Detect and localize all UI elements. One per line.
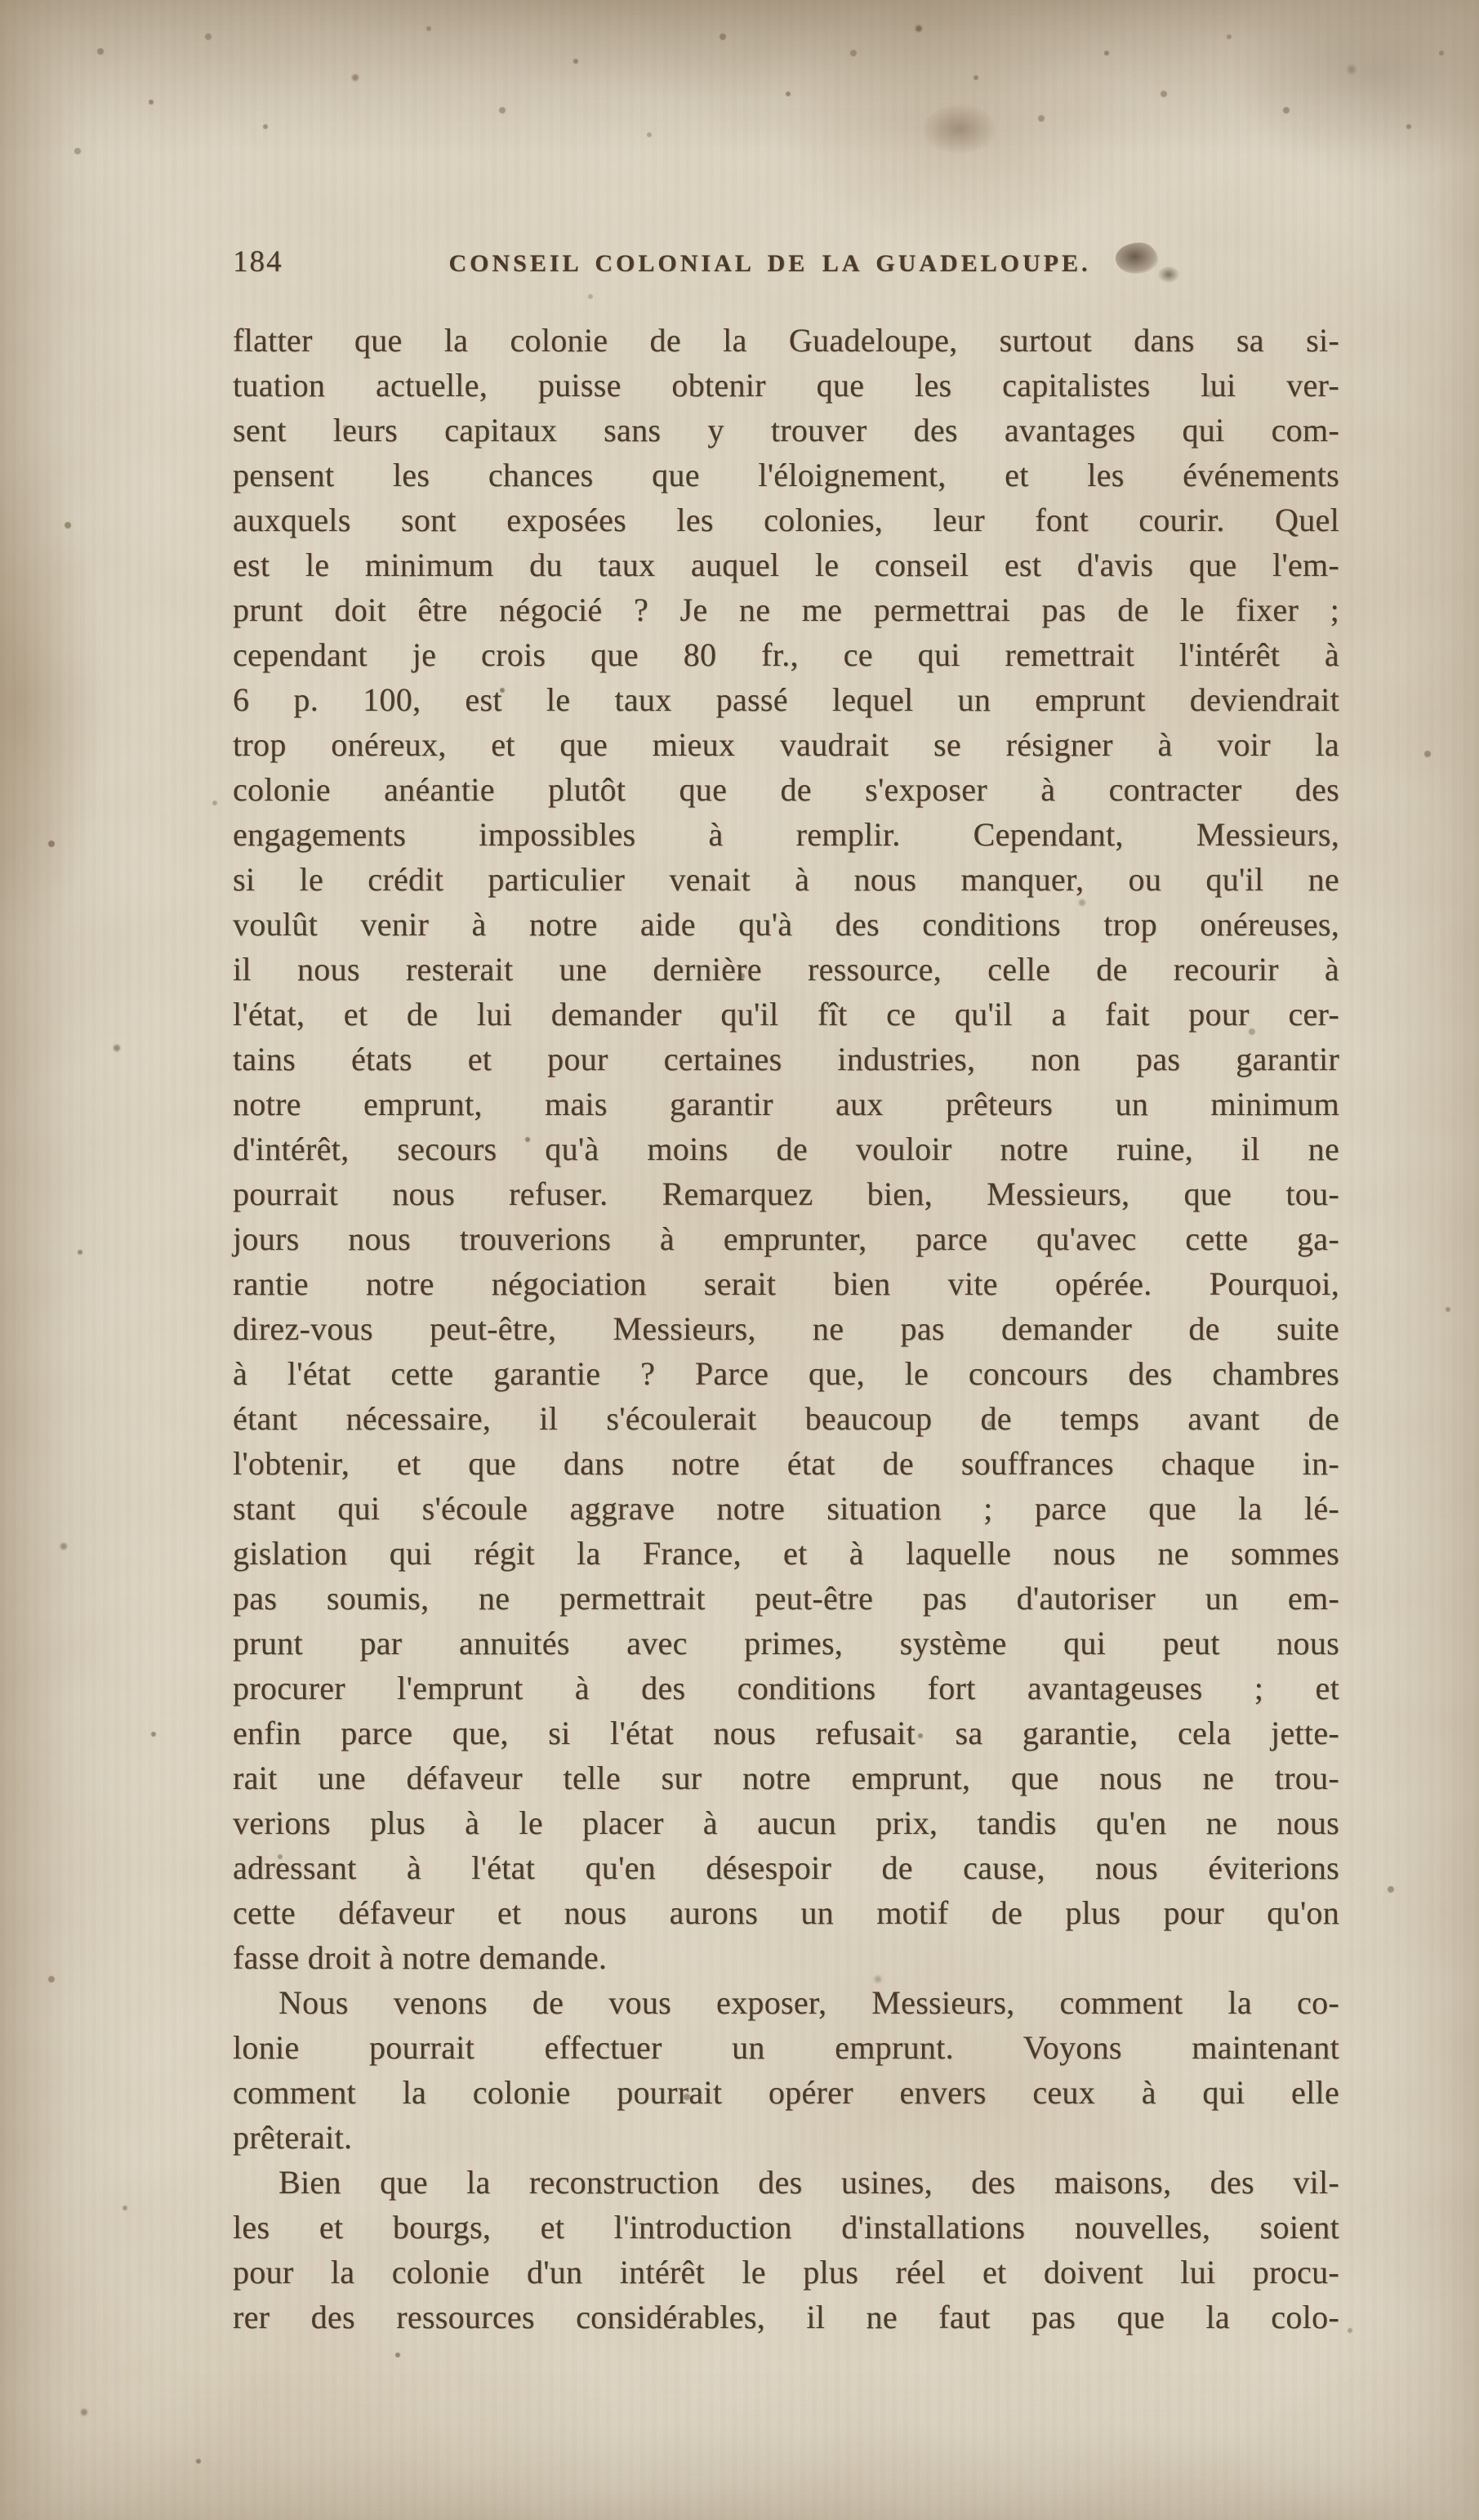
page-header: 184 CONSEIL COLONIAL DE LA GUADELOUPE.	[233, 242, 1339, 279]
text-line: 6 p. 100, est le taux passé lequel un em…	[233, 677, 1339, 722]
text-line: fasse droit à notre demande.	[233, 1935, 1339, 1980]
text-line: auxquels sont exposées les colonies, leu…	[233, 497, 1339, 542]
text-line: notre emprunt, mais garantir aux prêteur…	[233, 1082, 1339, 1126]
text-line: voulût venir à notre aide qu'à des condi…	[233, 902, 1339, 947]
text-line: rer des ressources considérables, il ne …	[233, 2295, 1339, 2339]
text-line: stant qui s'écoule aggrave notre situati…	[233, 1486, 1339, 1531]
text-line: Nous venons de vous exposer, Messieurs, …	[233, 1980, 1339, 2025]
text-line: cependant je crois que 80 fr., ce qui re…	[233, 632, 1339, 677]
text-line: pensent les chances que l'éloignement, e…	[233, 453, 1339, 497]
text-line: procurer l'emprunt à des conditions fort…	[233, 1666, 1339, 1710]
text-line: à l'état cette garantie ? Parce que, le …	[233, 1351, 1339, 1396]
text-line: gislation qui régit la France, et à laqu…	[233, 1531, 1339, 1576]
text-line: tains états et pour certaines industries…	[233, 1037, 1339, 1082]
text-line: tuation actuelle, puisse obtenir que les…	[233, 363, 1339, 408]
body-text: flatter que la colonie de la Guadeloupe,…	[233, 318, 1339, 2339]
paper-stain	[923, 105, 996, 154]
text-line: rait une défaveur telle sur notre emprun…	[233, 1755, 1339, 1800]
text-line: Bien que la reconstruction des usines, d…	[233, 2160, 1339, 2205]
paper-speckles	[0, 0, 5, 5]
text-line: adressant à l'état qu'en désespoir de ca…	[233, 1845, 1339, 1890]
text-line: engagements impossibles à remplir. Cepen…	[233, 812, 1339, 857]
text-line: étant nécessaire, il s'écoulerait beauco…	[233, 1396, 1339, 1441]
text-line: prêterait.	[233, 2115, 1339, 2160]
text-line: pour la colonie d'un intérêt le plus rée…	[233, 2250, 1339, 2295]
text-line: colonie anéantie plutôt que de s'exposer…	[233, 767, 1339, 812]
text-line: l'obtenir, et que dans notre état de sou…	[233, 1441, 1339, 1486]
text-line: rantie notre négociation serait bien vit…	[233, 1261, 1339, 1306]
text-line: pas soumis, ne permettrait peut-être pas…	[233, 1576, 1339, 1621]
text-line: lonie pourrait effectuer un emprunt. Voy…	[233, 2025, 1339, 2070]
text-line: trop onéreux, et que mieux vaudrait se r…	[233, 722, 1339, 767]
text-line: sent leurs capitaux sans y trouver des a…	[233, 408, 1339, 453]
text-line: jours nous trouverions à emprunter, parc…	[233, 1216, 1339, 1261]
text-line: enfin parce que, si l'état nous refusait…	[233, 1710, 1339, 1755]
text-line: flatter que la colonie de la Guadeloupe,…	[233, 318, 1339, 363]
text-line: prunt par annuités avec primes, système …	[233, 1621, 1339, 1666]
text-line: est le minimum du taux auquel le conseil…	[233, 542, 1339, 587]
page-scan: 184 CONSEIL COLONIAL DE LA GUADELOUPE. f…	[0, 0, 1479, 2520]
text-line: cette défaveur et nous aurons un motif d…	[233, 1890, 1339, 1935]
text-line: verions plus à le placer à aucun prix, t…	[233, 1800, 1339, 1845]
running-title: CONSEIL COLONIAL DE LA GUADELOUPE.	[233, 250, 1307, 278]
text-line: pourrait nous refuser. Remarquez bien, M…	[233, 1171, 1339, 1216]
text-line: l'état, et de lui demander qu'il fît ce …	[233, 992, 1339, 1037]
text-line: si le crédit particulier venait à nous m…	[233, 857, 1339, 902]
text-line: comment la colonie pourrait opérer enver…	[233, 2070, 1339, 2115]
text-line: les et bourgs, et l'introduction d'insta…	[233, 2205, 1339, 2250]
text-line: d'intérêt, secours qu'à moins de vouloir…	[233, 1126, 1339, 1171]
text-line: direz-vous peut-être, Messieurs, ne pas …	[233, 1306, 1339, 1351]
text-line: prunt doit être négocié ? Je ne me perme…	[233, 587, 1339, 632]
text-line: il nous resterait une dernière ressource…	[233, 947, 1339, 992]
